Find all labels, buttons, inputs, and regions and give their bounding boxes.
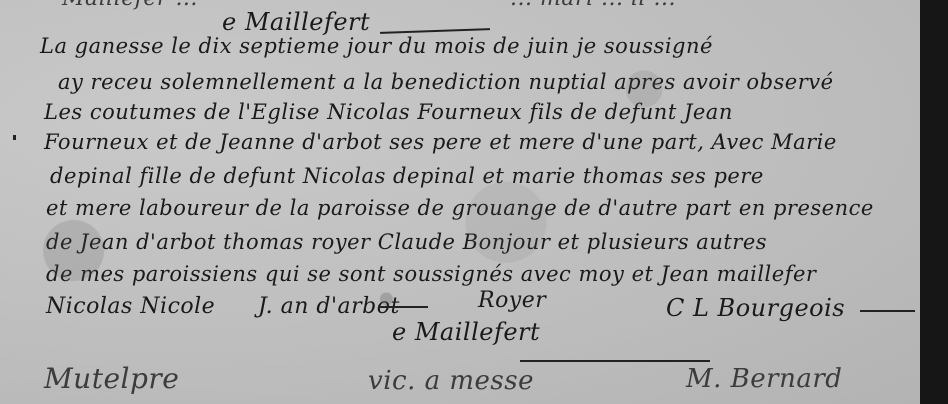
- maillefert-flourish: [520, 360, 710, 362]
- signature-bourgeois: C L Bourgeois: [666, 294, 845, 322]
- cutoff-bottom-3: M. Bernard: [686, 364, 842, 394]
- body-line-6: et mere laboureur de la paroisse de grou…: [46, 196, 874, 220]
- darbot-flourish: [378, 306, 428, 308]
- signature-nicole: Nicolas Nicole: [46, 294, 215, 319]
- manuscript-page: Maillefer ... ... mari ... ll ... e Mail…: [0, 0, 920, 404]
- body-line-3: Les coutumes de l'Eglise Nicolas Fourneu…: [44, 100, 733, 124]
- body-line-5: depinal fille de defunt Nicolas depinal …: [50, 164, 764, 188]
- signature-maillefert: e Maillefert: [392, 318, 540, 346]
- bourgeois-flourish: [860, 310, 915, 312]
- cutoff-line-right: ... mari ... ll ...: [510, 0, 676, 11]
- body-line-1: La ganesse le dix septieme jour du mois …: [40, 34, 713, 58]
- body-line-2: ay receu solemnellement a la benediction…: [58, 70, 834, 94]
- binding-edge: [920, 0, 948, 404]
- cutoff-bottom-2: vic. a messe: [368, 366, 534, 396]
- cutoff-bottom-1: Mutelpre: [44, 362, 179, 395]
- cutoff-line-left: Maillefer ...: [62, 0, 198, 11]
- body-line-7: de Jean d'arbot thomas royer Claude Bonj…: [46, 230, 767, 254]
- header-signature: e Maillefert: [222, 8, 370, 36]
- margin-mark: [13, 135, 16, 140]
- body-line-4: Fourneux et de Jeanne d'arbot ses pere e…: [44, 130, 837, 154]
- body-line-8: de mes paroissiens qui se sont soussigné…: [46, 262, 816, 286]
- signature-royer: Royer: [478, 288, 546, 313]
